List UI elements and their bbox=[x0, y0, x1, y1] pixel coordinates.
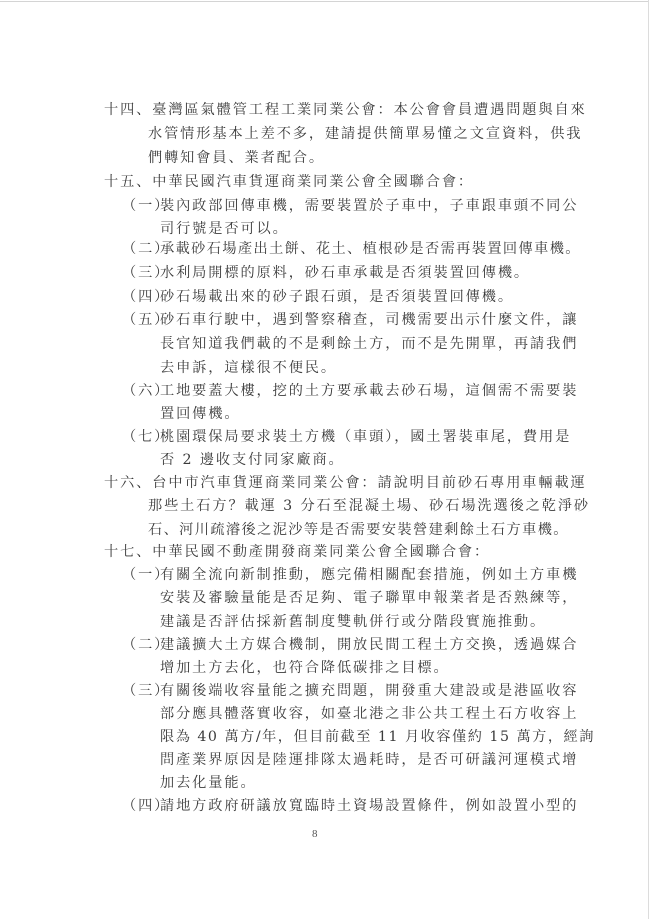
section-15-heading: 十五、中華民國汽車貨運商業同業公會全國聯合會： bbox=[104, 173, 474, 191]
item-15-6-line-2: 置回傳機。 bbox=[160, 405, 240, 423]
section-16-line-1: 十六、台中市汽車貨運商業同業公會：請說明目前砂石專用車輛載運 bbox=[104, 474, 587, 492]
section-16-line-3: 石、河川疏濬後之泥沙等是否需要安裝營建剩餘土石方車機。 bbox=[148, 521, 569, 539]
page-edge-right bbox=[648, 0, 649, 919]
item-15-7-line-2: 否 2 邊收支付同家廠商。 bbox=[160, 451, 345, 469]
section-14-line-1: 十四、臺灣區氣體管工程工業同業公會：本公會會員遭遇問題與自來 bbox=[104, 101, 587, 119]
page-edge-top bbox=[0, 1, 648, 2]
item-17-3-line-5: 加去化量能。 bbox=[160, 774, 257, 792]
item-17-3-line-3: 限為 40 萬方/年，但目前截至 11 月收容僅約 15 萬方，經詢 bbox=[160, 728, 595, 746]
item-17-3-line-4: 問產業界原因是陸運排隊太過耗時，是否可研議河運模式增 bbox=[160, 751, 578, 769]
section-17-heading: 十七、中華民國不動產開發商業同業公會全國聯合會： bbox=[104, 543, 490, 561]
section-16-line-2: 那些土石方？載運 3 分石至混凝土場、砂石場洗選後之乾淨砂 bbox=[148, 497, 590, 515]
item-17-1-line-3: 建議是否評估採新舊制度雙軌併行或分階段實施推動。 bbox=[160, 613, 546, 631]
item-17-2-line-2: 增加土方去化，也符合降低碳排之目標。 bbox=[160, 659, 450, 677]
page-number: 8 bbox=[312, 828, 318, 840]
item-17-3-line-1: 有關後端收容量能之擴充問題，開發重大建設或是港區收容 bbox=[160, 682, 578, 700]
item-17-4-line-1: 請地方政府研議放寬臨時土資場設置條件，例如設置小型的 bbox=[160, 797, 578, 815]
section-14-line-3: 們轉知會員、業者配合。 bbox=[148, 149, 325, 167]
item-15-1-line-1: 裝內政部回傳車機，需要裝置於子車中，子車跟車頭不同公 bbox=[160, 197, 578, 215]
item-17-3-line-2: 部分應具體落實收容，如臺北港之非公共工程土石方收容上 bbox=[160, 705, 578, 723]
item-15-7-line-1: 桃園環保局要求裝土方機（車頭），國土署裝車尾，費用是 bbox=[160, 428, 571, 446]
item-15-5-line-3: 去申訴，這樣很不便民。 bbox=[160, 359, 337, 377]
item-15-6-line-1: 工地要蓋大樓，挖的土方要承載去砂石場，這個需不需要裝 bbox=[160, 382, 578, 400]
item-17-1-line-2: 安裝及審驗量能是否足夠、電子聯單申報業者是否熟練等， bbox=[160, 589, 578, 607]
section-14-line-2: 水管情形基本上差不多，建請提供簡單易懂之文宣資料，供我 bbox=[148, 125, 582, 143]
item-15-4-line-1: 砂石場載出來的砂子跟石頭，是否須裝置回傳機。 bbox=[160, 288, 514, 306]
item-17-2-line-1: 建議擴大土方媒合機制，開放民間工程土方交換，透過媒合 bbox=[160, 636, 578, 654]
item-15-3-line-1: 水利局開標的原料，砂石車承載是否須裝置回傳機。 bbox=[160, 264, 530, 282]
item-15-5-line-2: 長官知道我們載的不是剩餘土方，而不是先開單，再請我們 bbox=[160, 335, 578, 353]
item-15-2-line-1: 承載砂石場產出土餅、花土、植根砂是否需再裝置回傳車機。 bbox=[160, 240, 581, 258]
item-17-1-line-1: 有關全流向新制推動，應完備相關配套措施，例如土方車機 bbox=[160, 566, 578, 584]
item-15-5-line-1: 砂石車行駛中，遇到警察稽查，司機需要出示什麼文件，讓 bbox=[160, 311, 578, 329]
item-15-1-line-2: 司行號是否可以。 bbox=[160, 220, 289, 238]
